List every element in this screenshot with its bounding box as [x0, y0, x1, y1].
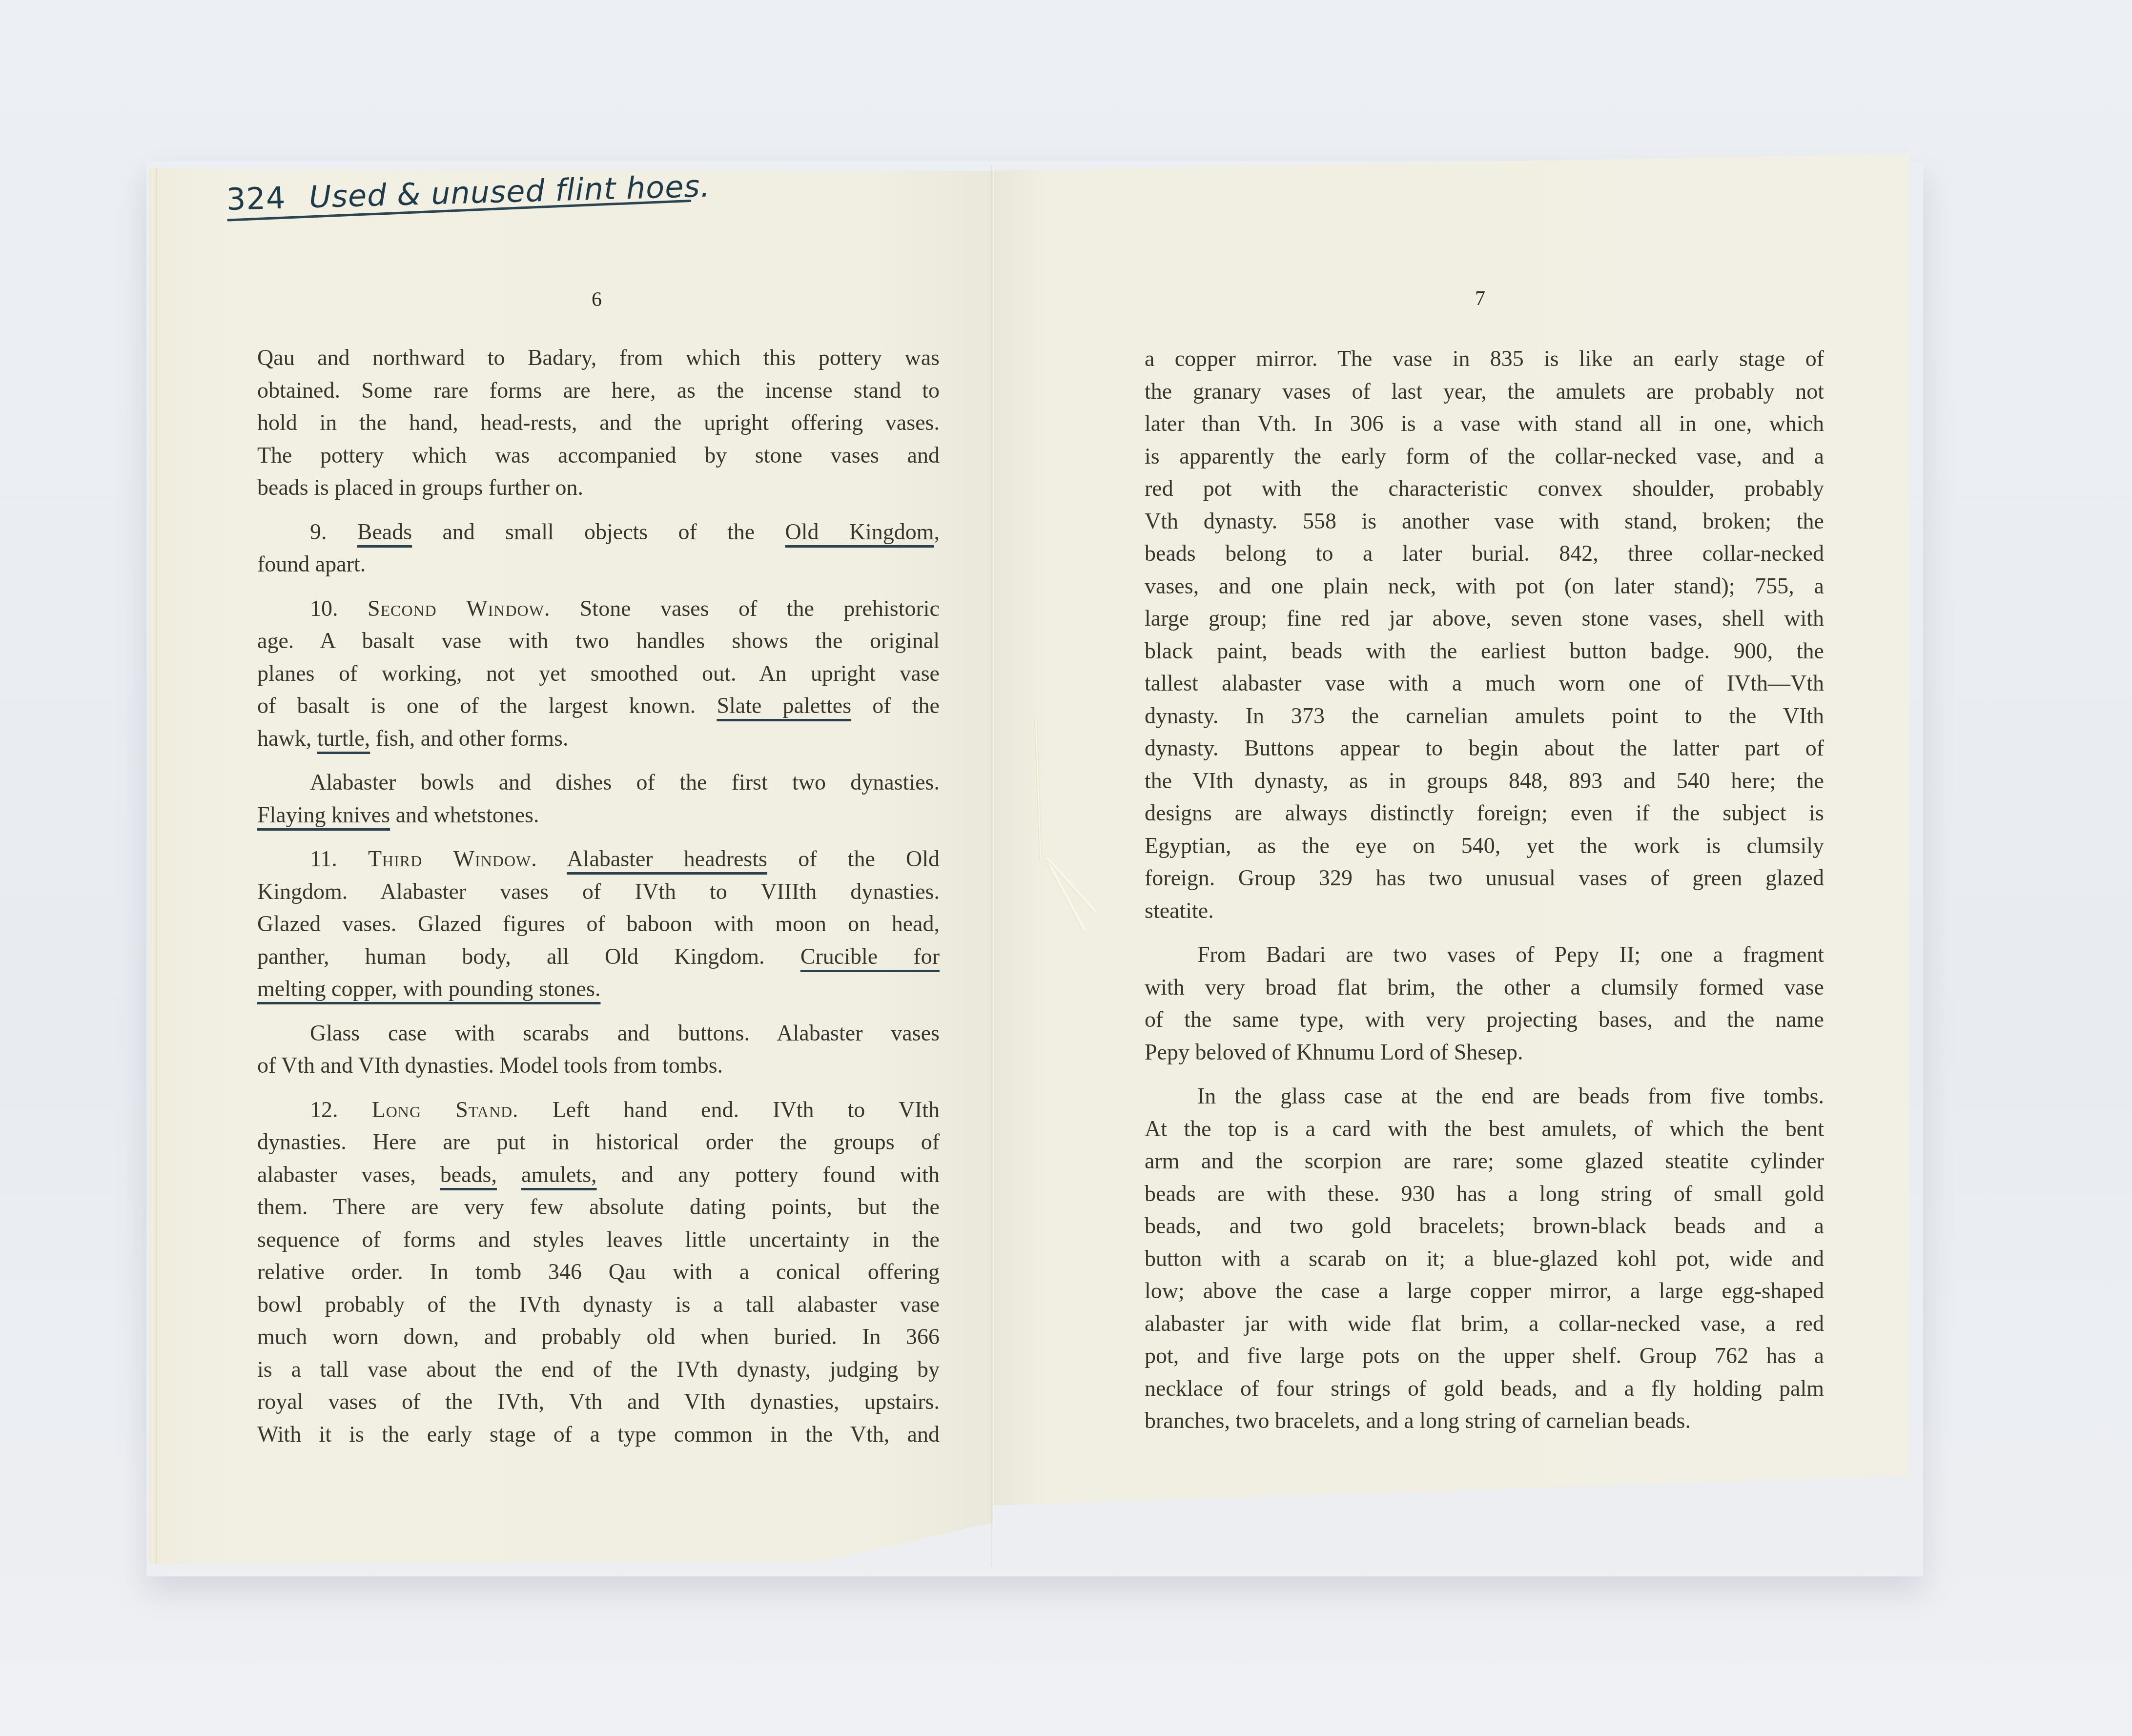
text-line: beads belong to a later burial. 842, thr… — [1145, 537, 1824, 570]
text-run: and whetstones. — [390, 802, 539, 827]
text-line: relative order. In tomb 346 Qau with a c… — [257, 1256, 940, 1288]
text-line: 11. Third Window. Alabaster headrests of… — [257, 843, 940, 876]
paragraph-gap — [1145, 1068, 1824, 1080]
text-run: large group; fine red jar above, seven s… — [1145, 606, 1824, 631]
text-line: button with a scarab on it; a blue-glaze… — [1145, 1243, 1824, 1275]
text-line: with very broad flat brim, the other a c… — [1145, 971, 1824, 1004]
text-line: Vth dynasty. 558 is another vase with st… — [1145, 505, 1824, 538]
text-run: beads are with these. 930 has a long str… — [1145, 1181, 1824, 1206]
text-run: The pottery which was accompanied by sto… — [257, 443, 940, 468]
text-run: Stone vases of the prehistoric — [550, 596, 940, 621]
text-run: button with a scarab on it; a blue-glaze… — [1145, 1246, 1824, 1271]
text-run: In the glass case at the end are beads f… — [1197, 1083, 1824, 1108]
text-line: vases, and one plain neck, with pot (on … — [1145, 570, 1824, 603]
text-run: with very broad flat brim, the other a c… — [1145, 975, 1824, 1000]
text-run: dynasty. Buttons appear to begin about t… — [1145, 735, 1824, 760]
text-line: pot, and five large pots on the upper sh… — [1145, 1340, 1824, 1372]
text-line: Pepy beloved of Khnumu Lord of Shesep. — [1145, 1036, 1824, 1069]
text-run: sequence of forms and styles leaves litt… — [257, 1227, 940, 1252]
text-line: beads are with these. 930 has a long str… — [1145, 1178, 1824, 1210]
text-line: royal vases of the IVth, Vth and VIth dy… — [257, 1386, 940, 1418]
text-run: obtained. Some rare forms are here, as t… — [257, 378, 940, 403]
text-run: arm and the scorpion are rare; some glaz… — [1145, 1148, 1824, 1173]
text-run: At the top is a card with the best amule… — [1145, 1116, 1824, 1141]
text-line: much worn down, and probably old when bu… — [257, 1321, 940, 1353]
text-line: arm and the scorpion are rare; some glaz… — [1145, 1145, 1824, 1178]
text-line: 12. Long Stand. Left hand end. IVth to V… — [257, 1094, 940, 1126]
text-line: sequence of forms and styles leaves litt… — [257, 1224, 940, 1256]
text-run: the VIth dynasty, as in groups 848, 893 … — [1145, 768, 1824, 793]
text-run: Pepy beloved of Khnumu Lord of Shesep. — [1145, 1040, 1523, 1064]
text-line: beads, and two gold bracelets; brown-bla… — [1145, 1210, 1824, 1243]
text-line: is a tall vase about the end of the IVth… — [257, 1353, 940, 1386]
text-run: beads, and two gold bracelets; brown-bla… — [1145, 1213, 1824, 1238]
text-run: Glazed vases. Glazed figures of baboon w… — [257, 911, 940, 936]
handwritten-underline: Beads — [357, 519, 412, 544]
text-run: hawk, — [257, 726, 317, 751]
text-line: of basalt is one of the largest known. S… — [257, 690, 940, 722]
text-line: tallest alabaster vase with a much worn … — [1145, 667, 1824, 700]
text-run: fish, and other forms. — [370, 726, 568, 751]
text-run: necklace of four strings of gold beads, … — [1145, 1376, 1824, 1401]
text-run: black paint, beads with the earliest but… — [1145, 638, 1824, 663]
text-line: age. A basalt vase with two handles show… — [257, 625, 940, 657]
text-run: of the same type, with very projecting b… — [1145, 1007, 1824, 1032]
text-line: With it is the early stage of a type com… — [257, 1418, 940, 1451]
handwritten-underline: Flaying knives — [257, 802, 390, 827]
text-run: age. A basalt vase with two handles show… — [257, 628, 940, 653]
text-line: a copper mirror. The vase in 835 is like… — [1145, 343, 1824, 375]
text-run: tallest alabaster vase with a much worn … — [1145, 671, 1824, 695]
text-line: At the top is a card with the best amule… — [1145, 1113, 1824, 1145]
text-run: beads is placed in groups further on. — [257, 475, 583, 500]
text-run: found apart. — [257, 551, 366, 576]
text-run: panther, human body, all Old Kingdom. — [257, 944, 800, 969]
text-run: Qau and northward to Badary, from which … — [257, 345, 940, 370]
page-number-right: 7 — [1475, 287, 1485, 310]
paragraph-gap — [1145, 927, 1824, 939]
text-run: Kingdom. Alabaster vases of IVth to VIII… — [257, 879, 940, 904]
text-line: hold in the hand, head-rests, and the up… — [257, 407, 940, 439]
text-run: 12. — [310, 1097, 372, 1122]
text-line: Glazed vases. Glazed figures of baboon w… — [257, 908, 940, 940]
text-line: In the glass case at the end are beads f… — [1145, 1080, 1824, 1113]
text-run: a copper mirror. The vase in 835 is like… — [1145, 346, 1824, 371]
text-line: branches, two bracelets, and a long stri… — [1145, 1405, 1824, 1437]
text-line: From Badari are two vases of Pepy II; on… — [1145, 939, 1824, 971]
text-run: From Badari are two vases of Pepy II; on… — [1197, 942, 1824, 967]
text-line: Alabaster bowls and dishes of the first … — [257, 766, 940, 799]
text-run: Vth dynasty. 558 is another vase with st… — [1145, 509, 1824, 533]
text-run: low; above the case a large copper mirro… — [1145, 1278, 1824, 1303]
text-run: the granary vases of last year, the amul… — [1145, 379, 1824, 404]
text-run: is apparently the early form of the coll… — [1145, 444, 1824, 469]
text-line: hawk, turtle, fish, and other forms. — [257, 722, 940, 755]
text-run: red pot with the characteristic convex s… — [1145, 476, 1824, 501]
text-line: found apart. — [257, 548, 940, 581]
text-run: , — [934, 519, 940, 544]
text-line: melting copper, with pounding stones. — [257, 973, 940, 1005]
text-line: of Vth and VIth dynasties. Model tools f… — [257, 1049, 940, 1082]
text-line: Kingdom. Alabaster vases of IVth to VIII… — [257, 876, 940, 908]
page-number-left: 6 — [592, 288, 602, 311]
text-run: Egyptian, as the eye on 540, yet the wor… — [1145, 833, 1824, 858]
text-run: alabaster jar with wide flat brim, a col… — [1145, 1311, 1824, 1336]
text-line: dynasty. Buttons appear to begin about t… — [1145, 732, 1824, 765]
text-run: dynasty. In 373 the carnelian amulets po… — [1145, 703, 1824, 728]
text-line: necklace of four strings of gold beads, … — [1145, 1372, 1824, 1405]
section-heading: Long Stand. — [372, 1097, 519, 1122]
paragraph-gap — [257, 831, 940, 843]
handwritten-underline: Old Kingdom — [785, 519, 934, 544]
text-run — [537, 846, 567, 871]
text-run: dynasties. Here are put in historical or… — [257, 1129, 940, 1154]
text-line: Egyptian, as the eye on 540, yet the wor… — [1145, 830, 1824, 862]
text-line: is apparently the early form of the coll… — [1145, 440, 1824, 473]
text-line: low; above the case a large copper mirro… — [1145, 1275, 1824, 1307]
text-run: and small objects of the — [412, 519, 785, 544]
paragraph-gap — [257, 755, 940, 766]
text-line: alabaster jar with wide flat brim, a col… — [1145, 1307, 1824, 1340]
handwritten-underline: Slate palettes — [717, 693, 851, 718]
text-run: designs are always distinctly foreign; e… — [1145, 800, 1824, 825]
text-line: designs are always distinctly foreign; e… — [1145, 797, 1824, 830]
text-run: of the Old — [767, 846, 940, 871]
text-run: 10. — [310, 596, 368, 621]
text-run: them. There are very few absolute dating… — [257, 1194, 940, 1219]
text-line: them. There are very few absolute dating… — [257, 1191, 940, 1224]
text-run: foreign. Group 329 has two unusual vases… — [1145, 865, 1824, 890]
text-line: black paint, beads with the earliest but… — [1145, 635, 1824, 668]
section-heading: Third Window. — [368, 846, 537, 871]
text-line: obtained. Some rare forms are here, as t… — [257, 374, 940, 407]
text-line: Flaying knives and whetstones. — [257, 799, 940, 832]
text-run: 11. — [310, 846, 368, 871]
text-run: Glass case with scarabs and buttons. Ala… — [310, 1021, 940, 1045]
text-run: bowl probably of the IVth dynasty is a t… — [257, 1292, 940, 1317]
handwritten-underline: beads, — [440, 1162, 497, 1187]
text-line: planes of working, not yet smoothed out.… — [257, 657, 940, 690]
handwritten-underline: Crucible for — [800, 944, 940, 969]
booklet-spine — [991, 166, 994, 1567]
paragraph-gap — [257, 1005, 940, 1017]
text-run: pot, and five large pots on the upper sh… — [1145, 1343, 1824, 1368]
text-run: royal vases of the IVth, Vth and VIth dy… — [257, 1389, 940, 1414]
handwritten-underline: melting copper, with pounding stones. — [257, 976, 600, 1001]
text-line: the granary vases of last year, the amul… — [1145, 375, 1824, 408]
text-run: much worn down, and probably old when bu… — [257, 1324, 940, 1349]
paragraph-gap — [257, 581, 940, 592]
text-run: Alabaster bowls and dishes of the first … — [310, 770, 940, 795]
text-line: large group; fine red jar above, seven s… — [1145, 602, 1824, 635]
text-line: 10. Second Window. Stone vases of the pr… — [257, 592, 940, 625]
handwritten-underline: amulets, — [521, 1162, 597, 1187]
text-line: dynasties. Here are put in historical or… — [257, 1126, 940, 1159]
annotation-number: 324 — [226, 180, 286, 217]
text-line: later than Vth. In 306 is a vase with st… — [1145, 408, 1824, 440]
text-line: panther, human body, all Old Kingdom. Cr… — [257, 940, 940, 973]
text-run: of basalt is one of the largest known. — [257, 693, 717, 718]
text-line: bowl probably of the IVth dynasty is a t… — [257, 1288, 940, 1321]
text-line: of the same type, with very projecting b… — [1145, 1003, 1824, 1036]
text-run: planes of working, not yet smoothed out.… — [257, 661, 940, 686]
text-run: hold in the hand, head-rests, and the up… — [257, 410, 940, 435]
text-run: is a tall vase about the end of the IVth… — [257, 1357, 940, 1382]
paragraph-gap — [257, 504, 940, 516]
handwritten-underline: turtle, — [317, 726, 370, 751]
text-run: of Vth and VIth dynasties. Model tools f… — [257, 1053, 723, 1078]
text-line: Glass case with scarabs and buttons. Ala… — [257, 1017, 940, 1050]
section-heading: Second Window. — [368, 596, 550, 621]
text-run: With it is the early stage of a type com… — [257, 1422, 940, 1447]
text-run: alabaster vases, — [257, 1162, 440, 1187]
text-line: 9. Beads and small objects of the Old Ki… — [257, 516, 940, 549]
text-line: the VIth dynasty, as in groups 848, 893 … — [1145, 765, 1824, 797]
text-run: relative order. In tomb 346 Qau with a c… — [257, 1259, 940, 1284]
text-run: branches, two bracelets, and a long stri… — [1145, 1408, 1691, 1433]
text-run — [497, 1162, 521, 1187]
text-run: of the — [851, 693, 940, 718]
text-run: later than Vth. In 306 is a vase with st… — [1145, 411, 1824, 436]
text-run: beads belong to a later burial. 842, thr… — [1145, 541, 1824, 566]
text-line: red pot with the characteristic convex s… — [1145, 472, 1824, 505]
right-page-text: a copper mirror. The vase in 835 is like… — [1145, 343, 1824, 1437]
text-line: dynasty. In 373 the carnelian amulets po… — [1145, 700, 1824, 733]
text-run: vases, and one plain neck, with pot (on … — [1145, 573, 1824, 598]
text-line: alabaster vases, beads, amulets, and any… — [257, 1159, 940, 1191]
text-run: 9. — [310, 519, 357, 544]
text-run: Left hand end. IVth to VIth — [519, 1097, 940, 1122]
text-line: foreign. Group 329 has two unusual vases… — [1145, 862, 1824, 895]
handwritten-underline: Alabaster headrests — [567, 846, 767, 871]
text-line: steatite. — [1145, 895, 1824, 927]
text-run: steatite. — [1145, 898, 1214, 923]
paragraph-gap — [257, 1082, 940, 1094]
left-page-text: Qau and northward to Badary, from which … — [257, 342, 940, 1450]
text-line: The pottery which was accompanied by sto… — [257, 439, 940, 472]
text-line: Qau and northward to Badary, from which … — [257, 342, 940, 374]
text-line: beads is placed in groups further on. — [257, 471, 940, 504]
text-run: and any pottery found with — [597, 1162, 940, 1187]
